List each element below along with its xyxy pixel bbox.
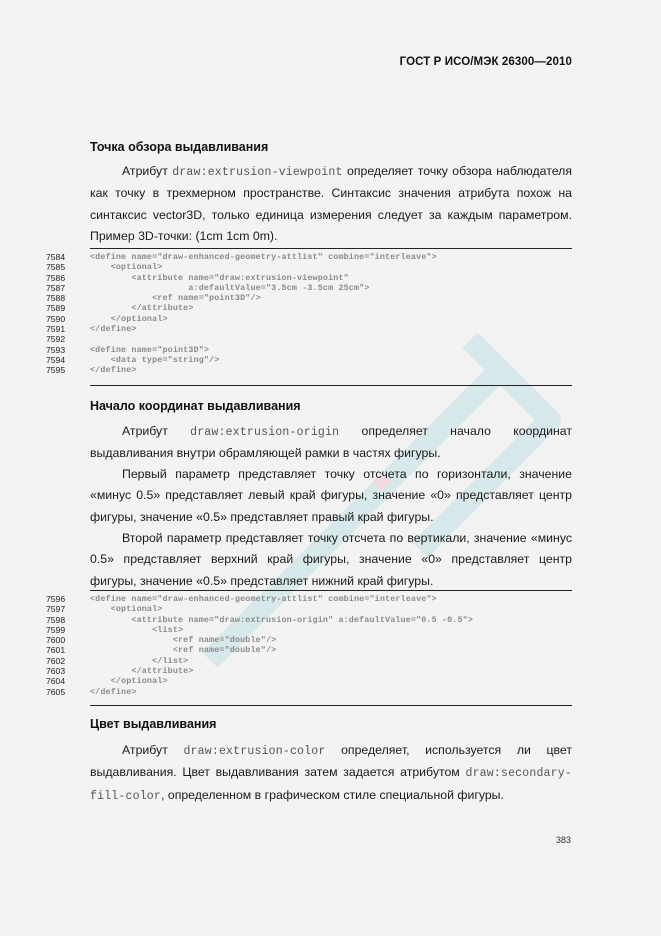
code-text: </attribute>: [90, 303, 194, 313]
code-line: 7588 <ref name="point3D"/>: [46, 293, 572, 303]
code-text: </attribute>: [90, 666, 194, 676]
line-number: 7592: [46, 334, 78, 344]
code-line: 7604 </optional>: [46, 676, 572, 686]
line-number: 7594: [46, 355, 78, 365]
code-bottom-rule: [90, 385, 572, 386]
paragraph-text: , определенном в графическом стиле специ…: [161, 788, 504, 802]
code-text: a:defaultValue="3.5cm -3.5cm 25cm">: [90, 283, 370, 293]
code-top-rule: [90, 248, 572, 249]
attribute-code: draw:extrusion-origin: [190, 426, 339, 439]
code-line: 7598 <attribute name="draw:extrusion-ori…: [46, 615, 572, 625]
code-text: <attribute name="draw:extrusion-viewpoin…: [90, 273, 349, 283]
code-line: 7601 <ref name="double"/>: [46, 645, 572, 655]
line-number: 7603: [46, 666, 78, 676]
code-text: </list>: [90, 656, 188, 666]
code-line: 7593<define name="point3D">: [46, 345, 572, 355]
paragraph-color: Атрибут draw:extrusion-color определяет,…: [90, 740, 572, 807]
line-number: 7589: [46, 303, 78, 313]
code-line: 7603 </attribute>: [46, 666, 572, 676]
code-bottom-rule: [90, 705, 572, 706]
code-listing-viewpoint: 7584<define name="draw-enhanced-geometry…: [46, 252, 572, 376]
line-number: 7585: [46, 262, 78, 272]
attribute-code: draw:extrusion-color: [183, 745, 325, 758]
code-text: <data type="string"/>: [90, 355, 219, 365]
paragraph-text: Атрибут: [122, 743, 183, 757]
code-line: 7597 <optional>: [46, 604, 572, 614]
code-text: <define name="point3D">: [90, 345, 209, 355]
code-line: 7592: [46, 334, 572, 344]
line-number: 7601: [46, 645, 78, 655]
paragraph-text: Атрибут: [122, 164, 172, 178]
code-text: <list>: [90, 625, 183, 635]
code-text: <optional>: [90, 604, 162, 614]
code-line: 7600 <ref name="double"/>: [46, 635, 572, 645]
line-number: 7598: [46, 615, 78, 625]
section-title-color: Цвет выдавливания: [90, 717, 216, 731]
line-number: 7587: [46, 283, 78, 293]
paragraph-origin: Атрибут draw:extrusion-origin определяет…: [90, 421, 572, 465]
line-number: 7604: [46, 676, 78, 686]
page-number: 383: [556, 835, 571, 845]
paragraph-viewpoint: Атрибут draw:extrusion-viewpoint определ…: [90, 161, 572, 247]
line-number: 7599: [46, 625, 78, 635]
code-line: 7584<define name="draw-enhanced-geometry…: [46, 252, 572, 262]
code-line: 7585 <optional>: [46, 262, 572, 272]
attribute-code: draw:extrusion-viewpoint: [172, 166, 342, 179]
code-text: </optional>: [90, 314, 168, 324]
code-line: 7596<define name="draw-enhanced-geometry…: [46, 594, 572, 604]
line-number: 7595: [46, 365, 78, 375]
line-number: 7586: [46, 273, 78, 283]
code-text: </optional>: [90, 676, 168, 686]
code-text: <attribute name="draw:extrusion-origin" …: [90, 615, 473, 625]
line-number: 7593: [46, 345, 78, 355]
code-top-rule: [90, 590, 572, 591]
code-text: </define>: [90, 324, 137, 334]
code-line: 7587 a:defaultValue="3.5cm -3.5cm 25cm">: [46, 283, 572, 293]
line-number: 7596: [46, 594, 78, 604]
paragraph-text: Атрибут: [122, 424, 190, 438]
code-line: 7586 <attribute name="draw:extrusion-vie…: [46, 273, 572, 283]
code-line: 7605</define>: [46, 687, 572, 697]
code-line: 7599 <list>: [46, 625, 572, 635]
code-line: 7594 <data type="string"/>: [46, 355, 572, 365]
line-number: 7588: [46, 293, 78, 303]
section-title-viewpoint: Точка обзора выдавливания: [90, 140, 268, 154]
code-text: <ref name="point3D"/>: [90, 293, 261, 303]
line-number: 7605: [46, 687, 78, 697]
code-line: 7595</define>: [46, 365, 572, 375]
line-number: 7602: [46, 656, 78, 666]
code-listing-origin: 7596<define name="draw-enhanced-geometry…: [46, 594, 572, 697]
code-line: 7602 </list>: [46, 656, 572, 666]
line-number: 7584: [46, 252, 78, 262]
line-number: 7600: [46, 635, 78, 645]
code-text: </define>: [90, 687, 137, 697]
code-text: <optional>: [90, 262, 162, 272]
document-standard-id: ГОСТ Р ИСО/МЭК 26300—2010: [400, 56, 572, 68]
line-number: 7597: [46, 604, 78, 614]
code-text: <ref name="double"/>: [90, 645, 276, 655]
paragraph-origin-horizontal: Первый параметр представляет точку отсче…: [90, 464, 572, 528]
code-text: <ref name="double"/>: [90, 635, 276, 645]
section-title-origin: Начало координат выдавливания: [90, 399, 301, 413]
code-line: 7589 </attribute>: [46, 303, 572, 313]
line-number: 7590: [46, 314, 78, 324]
code-text: <define name="draw-enhanced-geometry-att…: [90, 252, 437, 262]
code-text: <define name="draw-enhanced-geometry-att…: [90, 594, 437, 604]
code-line: 7591</define>: [46, 324, 572, 334]
code-text: </define>: [90, 365, 137, 375]
paragraph-origin-vertical: Второй параметр представляет точку отсче…: [90, 528, 572, 592]
code-line: 7590 </optional>: [46, 314, 572, 324]
line-number: 7591: [46, 324, 78, 334]
